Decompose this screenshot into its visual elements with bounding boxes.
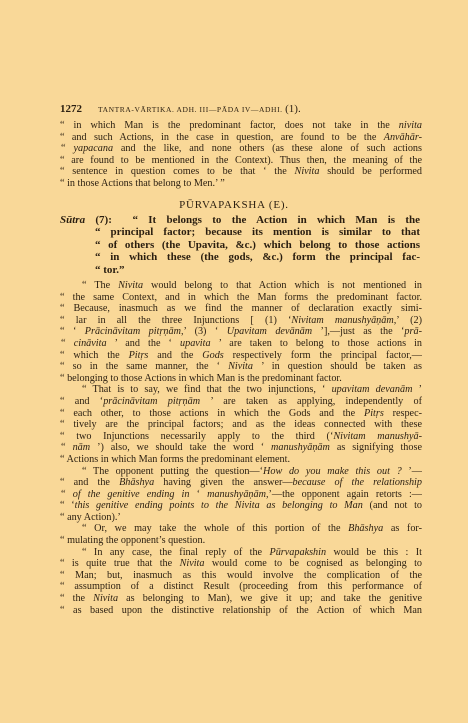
text-line: “ nām ’) also, we should take the word ‘… (60, 442, 422, 454)
text-line: “ the Nivita as belonging to Man), we gi… (60, 593, 422, 605)
page-header: 1272 TANTRA-VĀRTIKA. ADH. III—PĀDA IV—AD… (60, 102, 420, 116)
commentary-block-1: “ in which Man is the predominant factor… (60, 120, 422, 190)
text-line: “ two Injunctions necessarily apply to t… (60, 431, 422, 443)
document-page: 1272 TANTRA-VĀRTIKA. ADH. III—PĀDA IV—AD… (0, 0, 468, 723)
text-line: “ the same Context, and in which the Man… (60, 292, 422, 304)
text-line: “ Actions in which Man forms the predomi… (60, 454, 422, 466)
text-line: “ which the Pitṛs and the Gods respectiv… (60, 350, 422, 362)
text-line: “ and ‘prācināvitam pitṛṇām ’ are taken … (60, 396, 422, 408)
text-line: “ cināvita ’ and the ‘ upavita ’ are tak… (60, 338, 422, 350)
text-line: “ ‘ Prācināvitam pitṛṇām,’ (3) ‘ Upavita… (60, 326, 422, 338)
text-line: “ and such Actions, in the case in quest… (60, 132, 422, 144)
text-line: “ sentence in question comes to be that … (60, 166, 422, 178)
text-line: “ In any case, the final reply of the Pū… (60, 547, 422, 559)
sutra-number: (7): (95, 214, 112, 226)
text-line: “ mulating the opponent’s question. (60, 535, 422, 547)
running-title: TANTRA-VĀRTIKA. ADH. III—PĀDA IV—ADHI. (… (98, 102, 301, 117)
text-line: “ in which Man is the predominant factor… (60, 120, 422, 132)
text-line: “ That is to say, we find that the two i… (60, 384, 422, 396)
text-line: “ are found to be mentioned in the Conte… (60, 155, 422, 167)
commentary-block-2: “ The Nivita would belong to that Action… (60, 280, 422, 616)
text-line: “ The Nivita would belong to that Action… (60, 280, 422, 292)
sutra-label: Sūtra (60, 214, 85, 226)
text-line: “ as based upon the distinctive relation… (60, 605, 422, 617)
text-line: “ each other, to those actions in which … (60, 408, 422, 420)
text-line: “ any Action).’ (60, 512, 422, 524)
text-line: “ ‘this genitive ending points to the Ni… (60, 500, 422, 512)
text-line: “ belonging to those Actions in which Ma… (60, 373, 422, 385)
text-line: “ Man; but, inasmuch as this would invol… (60, 570, 422, 582)
text-line: “ so in the same manner, the ‘ Nivita ’ … (60, 361, 422, 373)
text-line: “ Because, inasmuch as we find the manne… (60, 303, 422, 315)
page-number: 1272 (60, 102, 82, 116)
sutra-line: “ in which these (the gods, &c.) form th… (60, 251, 420, 263)
text-line: “ assumption of a distinct Result (proce… (60, 581, 422, 593)
text-line: “ The opponent putting the question—‘How… (60, 466, 422, 478)
text-line: “ tively are the principal factors; and … (60, 419, 422, 431)
text-line: “ Or, we may take the whole of this port… (60, 523, 422, 535)
text-line: “ yapacana and the like, and none others… (60, 143, 422, 155)
sutra-line: “ principal factor; because its mention … (60, 226, 420, 238)
sutra-line: “ tor.” (60, 264, 420, 276)
text-line: “ is quite true that the Nivita would co… (60, 558, 422, 570)
text-line: “ lar in all the three Injunctions [ (1)… (60, 315, 422, 327)
text-line: “ of the genitive ending in ‘ manushyāṇā… (60, 489, 422, 501)
sutra-block: Sūtra (7): “ It belongs to the Action in… (60, 214, 420, 276)
sutra-line: Sūtra (7): “ It belongs to the Action in… (60, 214, 420, 226)
sutra-line: “ of others (the Upavita, &c.) which bel… (60, 239, 420, 251)
text-line: “ and the Bhāshya having given the answe… (60, 477, 422, 489)
text-line: “ in those Actions that belong to Men.’ … (60, 178, 422, 190)
section-heading: PŪRVAPAKSHA (E). (0, 199, 468, 211)
